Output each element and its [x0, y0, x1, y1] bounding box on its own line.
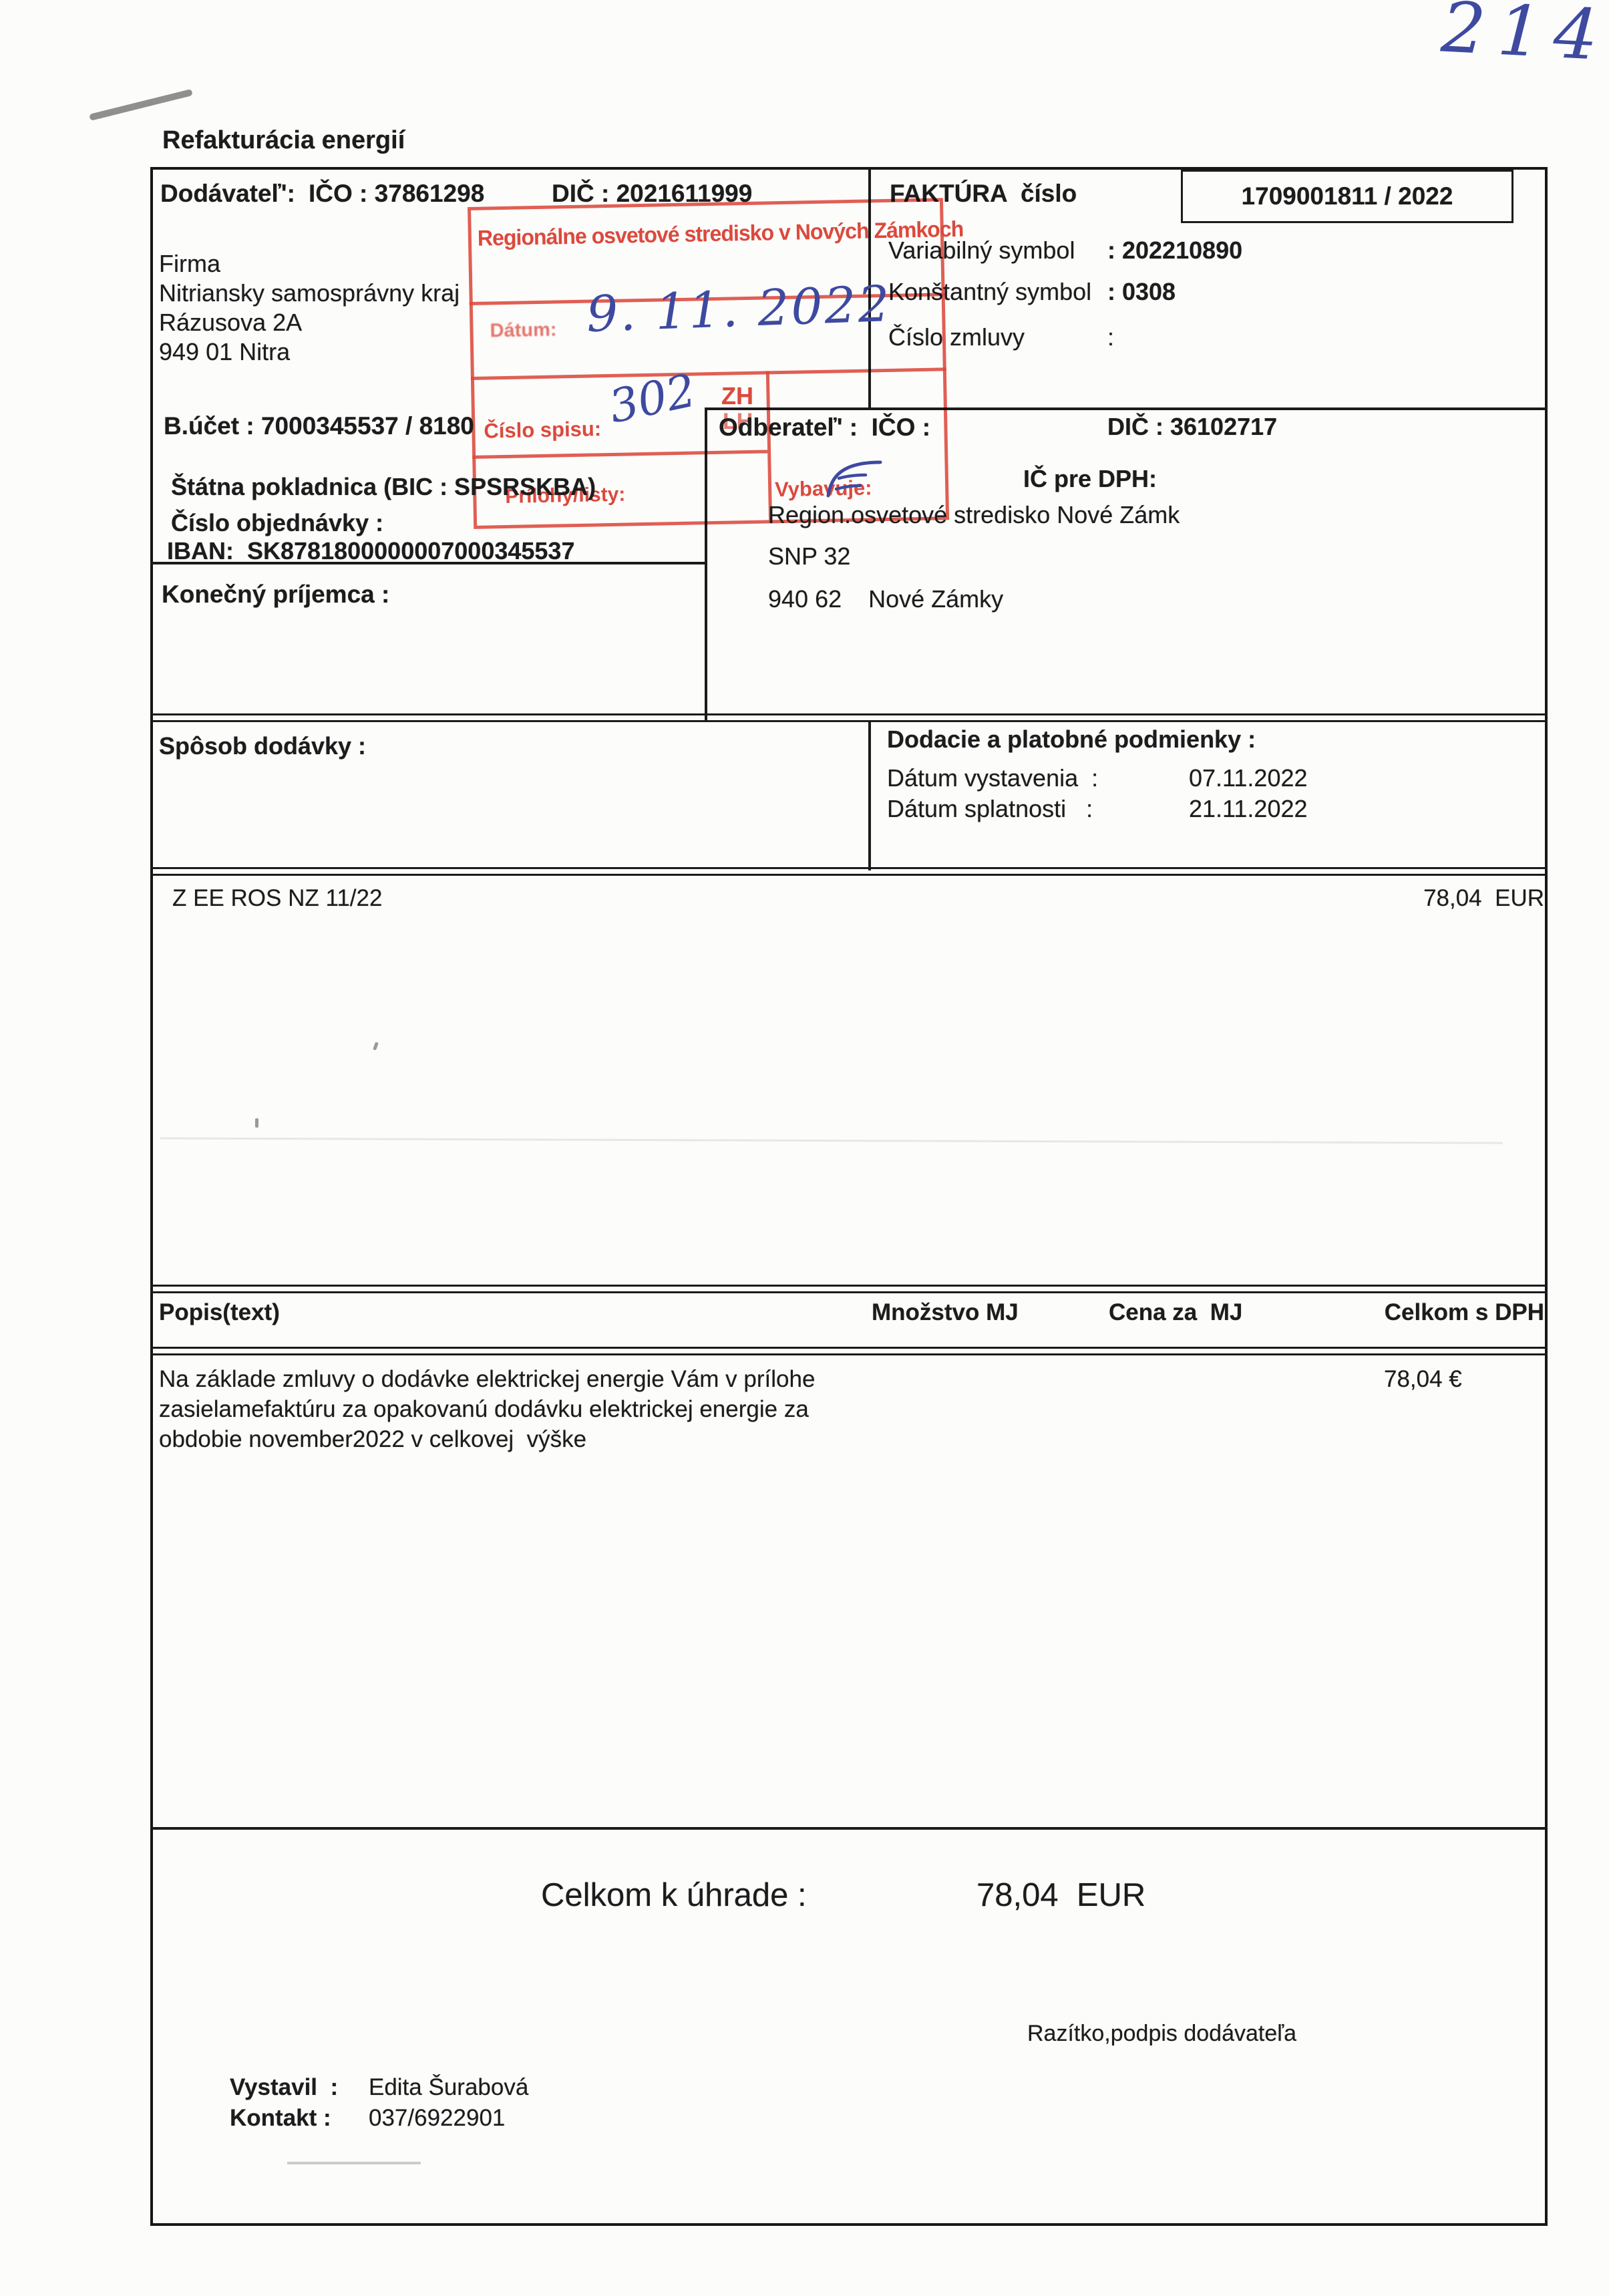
supplier-order-label: Číslo objednávky :	[171, 510, 383, 536]
invoice-number: 1709001811 / 2022	[1242, 183, 1453, 209]
supplier-street: Rázusova 2A	[159, 310, 302, 335]
divider-double-3	[150, 1285, 1548, 1293]
supplier-header: Dodávateľ':	[160, 180, 295, 206]
summary-amount: 78,04 EUR	[1329, 886, 1544, 911]
divider-double-4	[150, 1347, 1548, 1355]
page-title: Refakturácia energií	[162, 127, 405, 154]
supplier-city: 949 01 Nitra	[159, 339, 290, 365]
summary-code: Z EE ROS NZ 11/22	[172, 886, 382, 911]
supplier-name: Nitriansky samosprávny kraj	[159, 281, 460, 306]
invoice-number-box: 1709001811 / 2022	[1181, 170, 1513, 223]
terms-label: Dodacie a platobné podmienky :	[887, 727, 1256, 752]
due-date-value: 21.11.2022	[1189, 796, 1308, 822]
divider-double-1	[150, 713, 1548, 722]
customer-header: Odberateľ' : IČO :	[719, 414, 930, 440]
col-header-unit-price: Cena za MJ	[1109, 1300, 1242, 1325]
stamp-date-label: Dátum:	[490, 319, 557, 342]
handwritten-page-number: 214	[1439, 0, 1609, 77]
scan-dash	[287, 2162, 421, 2164]
handwritten-date: 9. 11. 2022	[586, 275, 892, 343]
customer-street: SNP 32	[768, 544, 850, 569]
handwritten-initials	[816, 454, 916, 504]
item-description-line-2: zasielamefaktúru za opakovanú dodávku el…	[159, 1397, 809, 1422]
final-recipient-label: Konečný príjemca :	[162, 581, 389, 607]
issue-date-value: 07.11.2022	[1189, 766, 1308, 791]
divider-delivery	[868, 722, 871, 870]
grand-total-label: Celkom k úhrade :	[541, 1878, 807, 1913]
customer-name: Region.osvetové stredisko Nové Zámk	[768, 502, 1180, 528]
customer-city: 940 62 Nové Zámky	[768, 587, 1003, 612]
issued-by-value: Edita Šurabová	[369, 2075, 528, 2100]
col-header-quantity: Množstvo MJ	[872, 1300, 1019, 1325]
col-header-total: Celkom s DPH	[1329, 1300, 1544, 1325]
customer-ic-dph-label: IČ pre DPH:	[1023, 466, 1157, 492]
issued-by-label: Vystavil :	[230, 2075, 338, 2100]
issue-date-label: Dátum vystavenia :	[887, 766, 1098, 791]
customer-dic: DIČ : 36102717	[1107, 414, 1277, 440]
variable-symbol-value: : 202210890	[1107, 238, 1242, 263]
supplier-account: B.účet : 7000345537 / 8180	[164, 413, 474, 439]
stamp-signature-label: Razítko,podpis dodávateľa	[1027, 2021, 1296, 2045]
grand-total-amount: 78,04 EUR	[976, 1878, 1145, 1913]
item-description-line-1: Na základe zmluvy o dodávke elektrickej …	[159, 1367, 815, 1391]
constant-symbol-value: : 0308	[1107, 279, 1176, 305]
pen-mark	[89, 89, 193, 121]
contact-value: 037/6922901	[369, 2106, 505, 2130]
contact-label: Kontakt :	[230, 2106, 331, 2130]
scan-speck-2	[255, 1118, 258, 1128]
due-date-label: Dátum splatnosti :	[887, 796, 1093, 822]
contract-number-value: :	[1107, 325, 1114, 350]
stamp-zh-mark: ZH	[721, 382, 753, 410]
item-total: 78,04 €	[1384, 1367, 1462, 1391]
item-description-line-3: obdobie november2022 v celkovej výške	[159, 1427, 586, 1452]
supplier-ico: IČO : 37861298	[309, 180, 484, 206]
supplier-iban: IBAN: SK8781800000007000345537	[167, 538, 574, 564]
supplier-treasury: Štátna pokladnica (BIC : SPSRSKBA)	[171, 474, 596, 500]
delivery-method-label: Spôsob dodávky :	[159, 733, 366, 759]
col-header-description: Popis(text)	[159, 1300, 280, 1325]
divider-double-2	[150, 867, 1548, 876]
scanned-invoice-page: 214 Refakturácia energií Dodávateľ': IČO…	[0, 0, 1609, 2296]
stamp-file-number-label: Číslo spisu:	[484, 417, 601, 443]
divider-total	[150, 1827, 1548, 1830]
supplier-firma-label: Firma	[159, 251, 220, 277]
